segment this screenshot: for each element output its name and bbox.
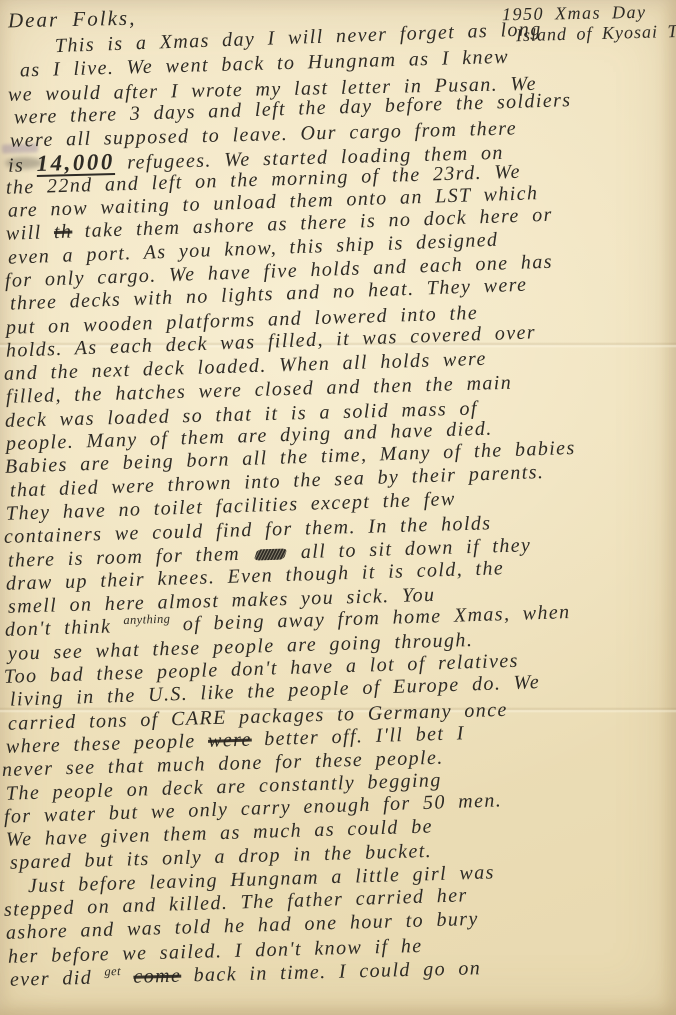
inserted-word: anything	[123, 612, 170, 627]
underlined-text: 14,000	[36, 149, 115, 176]
letter-salutation: Dear Folks,	[8, 6, 137, 34]
letter-page: Dear Folks, 1950 Xmas Day Island of Kyos…	[0, 0, 676, 1015]
inserted-word: get	[104, 964, 121, 978]
letter-text: will	[6, 221, 55, 245]
scribble-mark	[253, 548, 287, 560]
letter-text	[121, 966, 134, 988]
struck-out-text: come	[133, 964, 181, 987]
letter-body: This is a Xmas day I will never forget a…	[0, 37, 676, 992]
letter-text: is	[8, 155, 37, 178]
struck-out-text: were	[208, 728, 252, 751]
struck-out-text: th	[54, 221, 73, 244]
letter-text: ever did	[10, 966, 105, 990]
letter-text: don't think	[5, 616, 124, 642]
